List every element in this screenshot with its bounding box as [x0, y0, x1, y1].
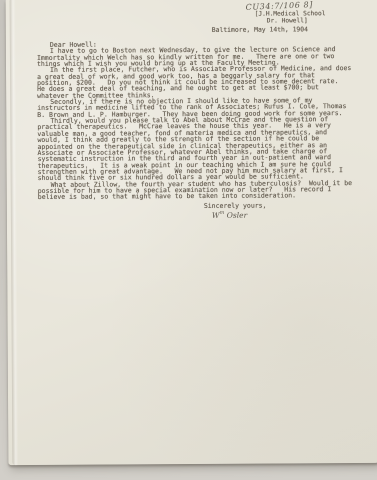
paper-crease	[10, 0, 19, 465]
letter-body: Dear Howell: I have to go to Boston next…	[37, 40, 353, 220]
letter-paragraph-5: What about Zillow, the fourth year stude…	[38, 180, 353, 201]
signature-initial: W	[212, 211, 220, 220]
attribution-line-2: Dr. Howell]	[267, 18, 308, 24]
dateline: Baltimore, May 14th, 1904	[212, 26, 308, 33]
letter-paragraph-2: In the first place, Futcher, who is Asso…	[37, 65, 352, 99]
signature-handwritten: Wm Osler	[199, 209, 353, 219]
closing: Sincerely yours,	[191, 202, 353, 209]
scan-background: CU34:7/106 8] [J.H.Medical School Dr. Ho…	[0, 0, 377, 480]
signature-superscript: m	[220, 210, 225, 216]
letter-paragraph-4: Thirdly, would you please talk to Abel a…	[37, 116, 352, 181]
signature-surname: Osler	[227, 211, 247, 220]
letter-page: CU34:7/106 8] [J.H.Medical School Dr. Ho…	[6, 0, 377, 465]
